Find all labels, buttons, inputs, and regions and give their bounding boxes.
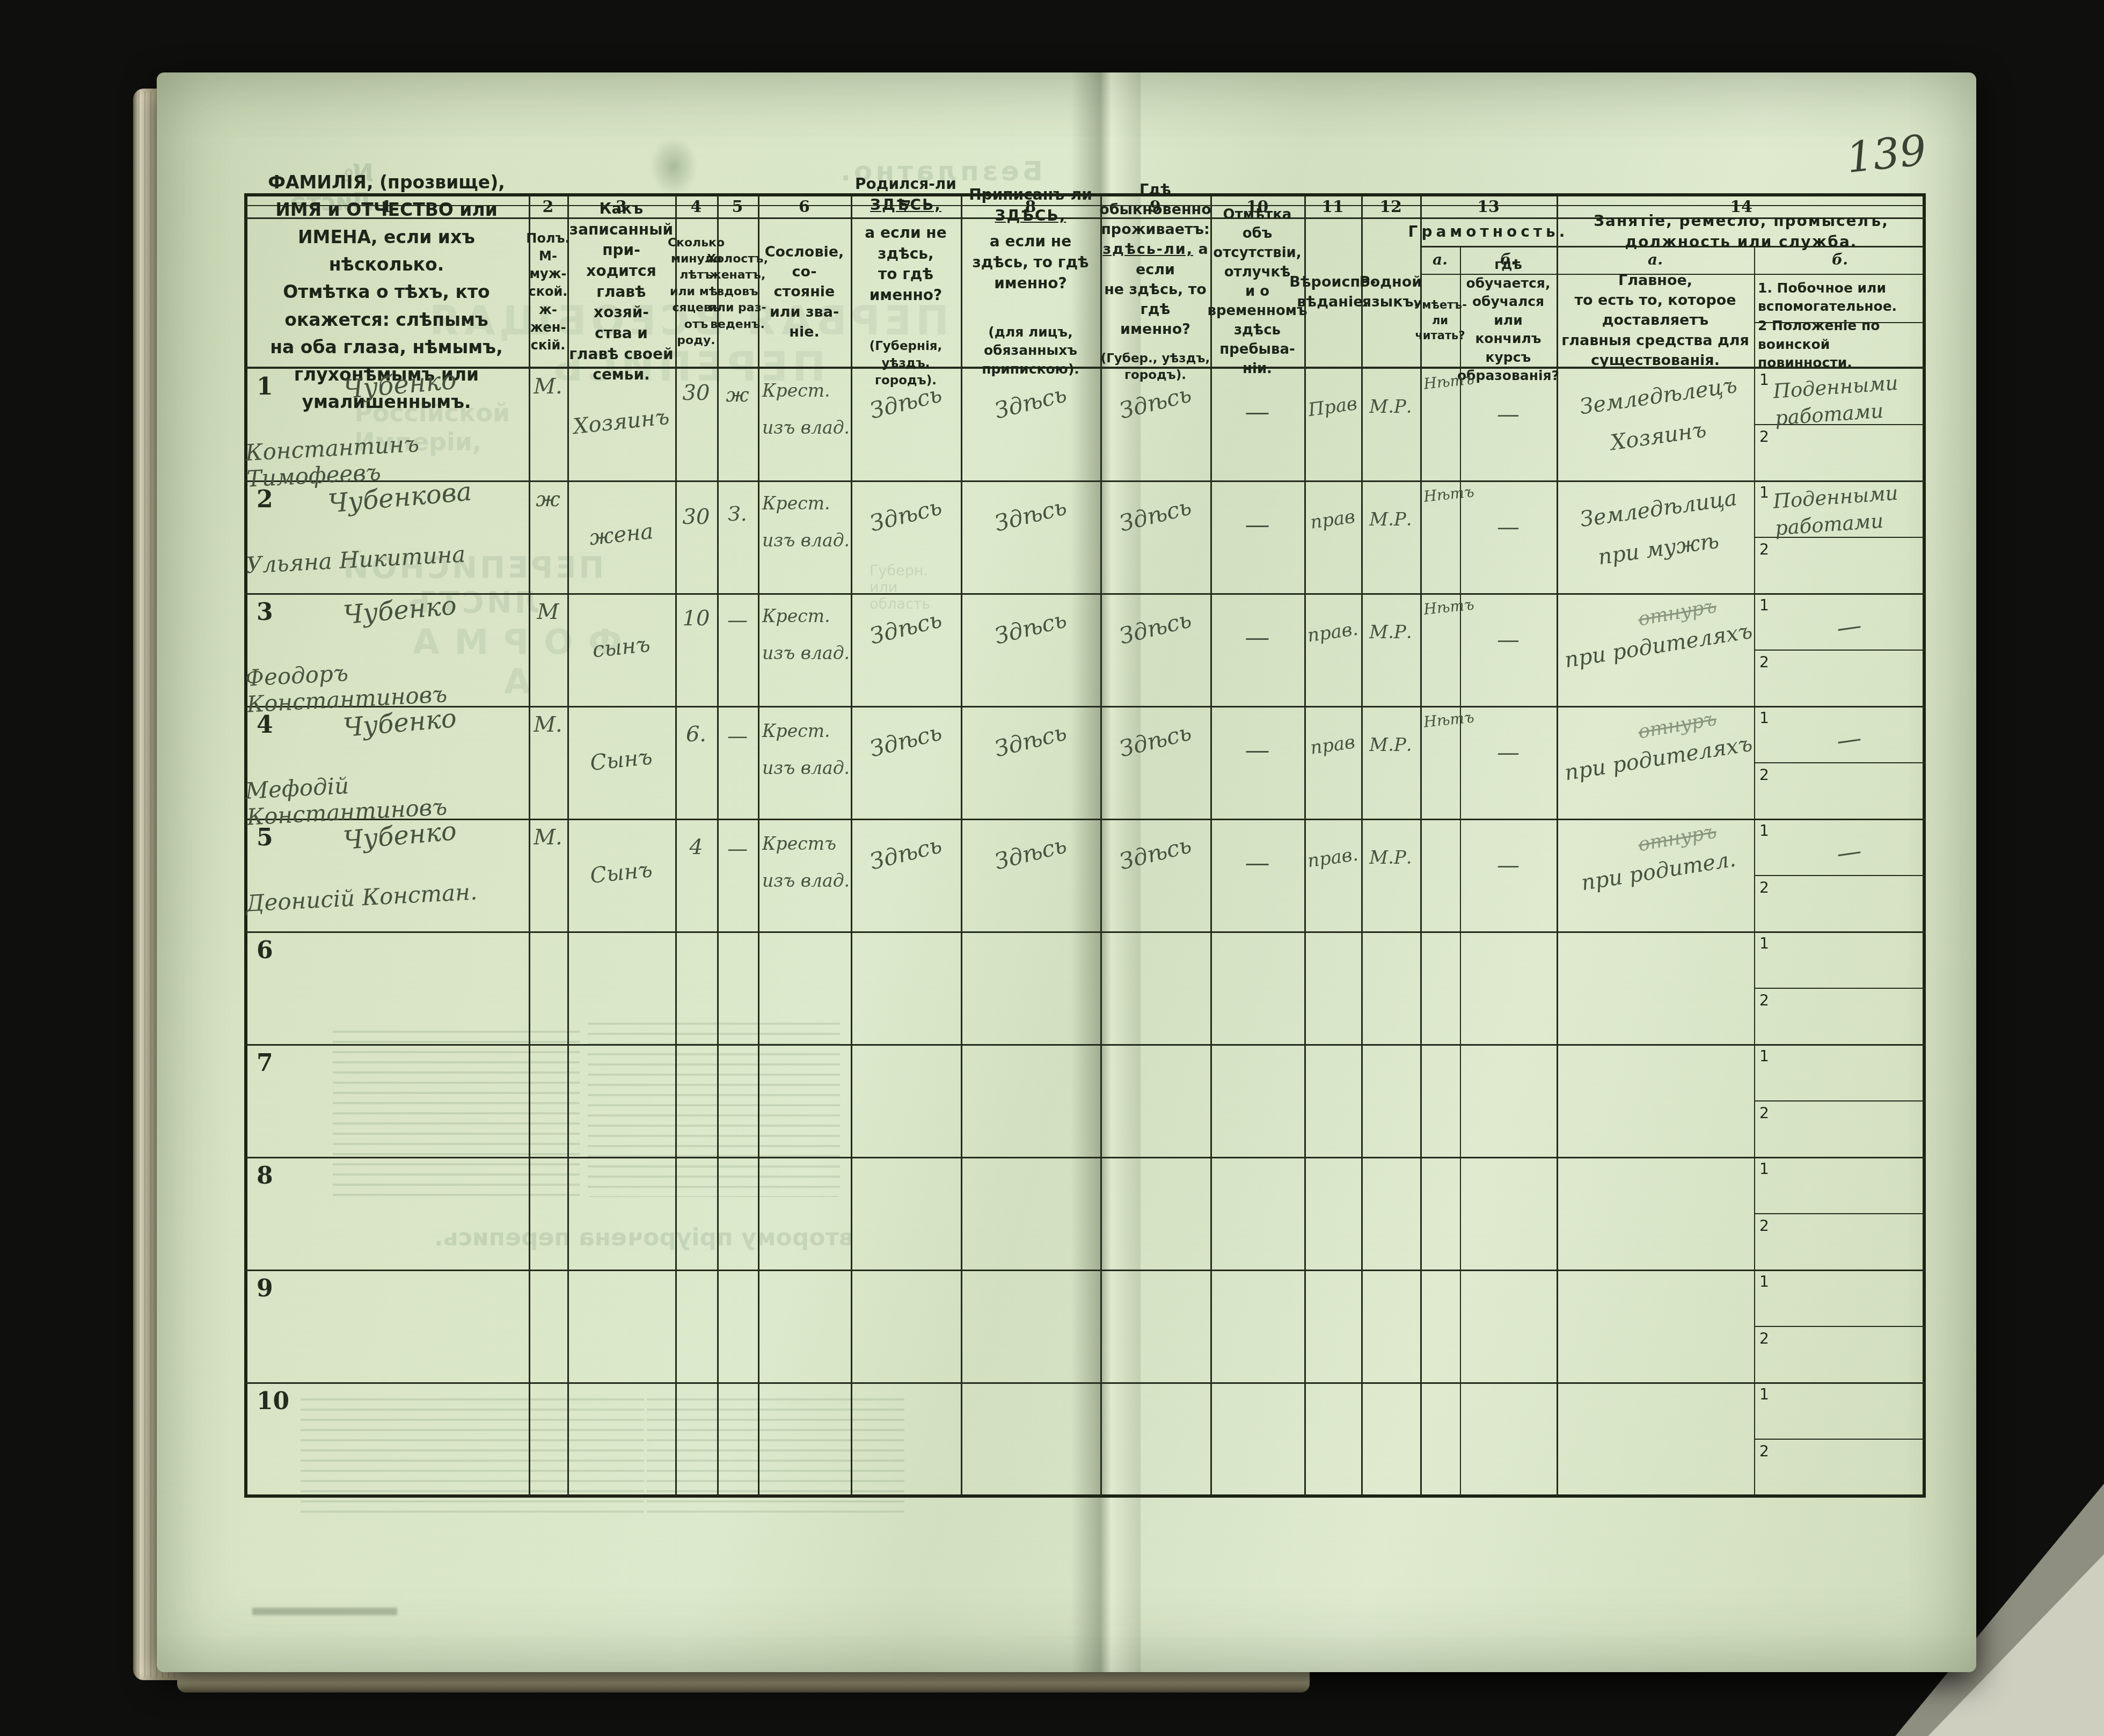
row-2-absence: — — [1210, 510, 1304, 539]
col-8-here: ЗДѢСЬ, — [995, 207, 1066, 224]
occupation-group-title: Занятіе, ремесло, промыселъ, должность и… — [1558, 219, 1924, 245]
crest-bleedthrough — [649, 137, 698, 196]
row-4-language: М.Р. — [1361, 734, 1420, 756]
col-number-5: 5 — [717, 198, 758, 216]
grid-line — [244, 931, 1926, 933]
row-5-absence: — — [1210, 848, 1304, 877]
col-8-header-text: Приписанъ-ли ЗДѢСЬ, а если не здѣсь, то … — [962, 185, 1099, 399]
printer-imprint-smudge — [252, 1608, 397, 1615]
sub-row-2-marker: 2 — [1759, 653, 1769, 671]
grid-line — [1754, 1439, 1926, 1440]
sub-row-1-marker: 1 — [1759, 822, 1769, 840]
row-1-estate: Крест. изъ влад. — [762, 372, 851, 447]
row-number: 10 — [257, 1388, 289, 1415]
row-3-sex: М — [529, 600, 567, 624]
col-13a-header: Умѣетъ- ли читать? — [1420, 275, 1460, 366]
row-4-marital: — — [717, 724, 758, 748]
row-number: 6 — [257, 937, 273, 964]
grid-line — [1754, 1213, 1926, 1214]
row-4-age: 6. — [675, 722, 717, 747]
row-3-language: М.Р. — [1361, 622, 1420, 643]
col-9-q: Гдѣ обыкновенно проживаетъ: — [1099, 181, 1211, 238]
row-1-marital: ж — [717, 383, 758, 406]
sub-row-2-marker: 2 — [1759, 1330, 1769, 1347]
grid-line — [1420, 196, 1422, 1496]
col-number-6: 6 — [758, 198, 851, 216]
row-number: 3 — [257, 599, 273, 626]
sub-row-2-marker: 2 — [1759, 541, 1769, 558]
grid-line — [1754, 246, 1755, 1496]
row-3-age: 10 — [675, 606, 717, 631]
row-number: 4 — [257, 711, 273, 739]
col-5-header: Холостъ, женатъ, вдовъ или раз- веденъ. — [718, 219, 757, 365]
col-number-13: 13 — [1420, 198, 1557, 216]
col-6-header: Сословіе, со- стояніе или зва- ніе. — [759, 219, 849, 365]
row-3-absence: — — [1210, 623, 1304, 652]
grid-line — [1754, 1326, 1926, 1327]
row-number: 1 — [257, 373, 273, 400]
row-number: 7 — [257, 1049, 273, 1077]
row-number: 5 — [257, 824, 273, 851]
row-2-age: 30 — [675, 505, 717, 529]
grid-line — [1304, 196, 1306, 1496]
sub-row-1-marker: 1 — [1759, 371, 1769, 389]
sub-row-2-marker: 2 — [1759, 991, 1769, 1009]
literacy-group-title: Грамотность. — [1422, 219, 1555, 245]
sub-row-2-marker: 2 — [1759, 1442, 1769, 1460]
col-8-note: (для лицъ, обязанныхъ припискою). — [962, 323, 1099, 379]
grid-line — [1754, 762, 1926, 763]
row-1-absence: — — [1210, 397, 1304, 426]
sub-row-2-marker: 2 — [1759, 428, 1769, 446]
grid-line — [244, 1270, 1926, 1271]
row-5-age: 4 — [675, 835, 717, 859]
row-1-sex: М. — [529, 374, 567, 399]
col-number-12: 12 — [1361, 198, 1420, 216]
grid-line — [244, 1044, 1926, 1046]
col-14b2-header: 2 Положеніе по воинской повинности. — [1758, 323, 1922, 366]
col-14b-label: б. — [1756, 247, 1924, 273]
row-4-sex: М. — [529, 712, 567, 737]
col-1-header: ФАМИЛІЯ, (прозвище), ИМЯ и ОТЧЕСТВО или … — [248, 219, 525, 365]
row-3-education: — — [1460, 626, 1557, 653]
sub-row-2-marker: 2 — [1759, 1217, 1769, 1235]
row-4-estate: Крест. изъ влад. — [762, 712, 851, 787]
sub-row-2-marker: 2 — [1759, 766, 1769, 784]
row-5-language: М.Р. — [1361, 847, 1420, 869]
row-1-occupation-side: Поденными работами — [1772, 368, 1926, 432]
col-7-header: Родился-ли ЗДѢСЬ, а если не здѣсь, то гд… — [852, 219, 959, 365]
row-5-marital: — — [717, 837, 758, 860]
sub-row-1-marker: 1 — [1759, 1385, 1769, 1403]
col-7-header-text: Родился-ли ЗДѢСЬ, а если не здѣсь, то гд… — [852, 174, 959, 410]
col-11-header: Вѣроиспо- вѣданіе. — [1306, 219, 1360, 365]
sub-row-1-marker: 1 — [1759, 1273, 1769, 1290]
row-5-sex: М. — [529, 825, 567, 850]
grid-line — [1754, 875, 1926, 876]
row-2-estate: Крест. изъ влад. — [762, 485, 851, 559]
row-5-education: — — [1460, 852, 1557, 878]
grid-line — [1754, 650, 1926, 651]
sub-row-2-marker: 2 — [1759, 1104, 1769, 1122]
row-1-age: 30 — [675, 381, 717, 405]
row-2-language: М.Р. — [1361, 509, 1420, 530]
row-2-sex: ж — [529, 487, 567, 512]
col-7-here: ЗДѢСЬ, — [870, 196, 941, 214]
col-3-header: Какъ записанный при- ходится главѣ хозяй… — [569, 219, 674, 365]
col-13b-header: гдѣ обучается, обучался или кончилъ курс… — [1462, 275, 1555, 366]
row-number: 2 — [257, 486, 273, 513]
row-5-estate: Крестъ изъ влад. — [762, 825, 851, 900]
sub-row-1-marker: 1 — [1759, 484, 1769, 501]
sub-row-2-marker: 2 — [1759, 879, 1769, 896]
sub-row-1-marker: 1 — [1759, 596, 1769, 614]
grid-line — [1754, 988, 1926, 989]
row-3-marital: — — [717, 608, 758, 632]
grid-line — [244, 1157, 1926, 1158]
grid-line — [1557, 196, 1558, 1496]
col-14a-header: Главное, то есть то, которое доставляетъ… — [1558, 275, 1752, 366]
sub-row-1-marker: 1 — [1759, 1047, 1769, 1065]
col-number-2: 2 — [529, 198, 567, 216]
sub-row-1-marker: 1 — [1759, 709, 1769, 727]
row-number: 9 — [257, 1275, 273, 1302]
col-13a-label: а. — [1422, 247, 1458, 273]
row-4-education: — — [1460, 739, 1557, 765]
col-number-11: 11 — [1304, 198, 1361, 216]
row-3-estate: Крест. изъ влад. — [762, 597, 851, 672]
row-1-education: — — [1460, 401, 1557, 427]
col-2-header: Полъ. М-муж- ской. ж-жен- скій. — [530, 219, 566, 365]
col-8-rest: а если не здѣсь, то гдѣ именно? — [962, 231, 1099, 294]
grid-line — [1754, 1100, 1926, 1102]
grid-line — [244, 1382, 1926, 1384]
col-9-header-text: Гдѣ обыкновенно проживаетъ: здѣсь-ли, а … — [1099, 180, 1211, 405]
row-2-marital: З. — [717, 502, 758, 526]
row-number: 8 — [257, 1162, 273, 1190]
col-7-rest: а если не здѣсь, то гдѣ именно? — [852, 223, 959, 306]
col-8-header: Приписанъ-ли ЗДѢСЬ, а если не здѣсь, то … — [962, 219, 1099, 365]
grid-line — [1361, 196, 1363, 1496]
row-2-education: — — [1460, 514, 1557, 540]
row-1-language: М.Р. — [1361, 396, 1420, 418]
col-number-4: 4 — [675, 198, 717, 216]
row-2-occupation-side: Поденными работами — [1772, 478, 1926, 542]
col-14b1-header: 1. Побочное или вспомогательное. — [1758, 275, 1922, 320]
col-7-q: Родился-ли — [855, 175, 956, 193]
col-9-header: Гдѣ обыкновенно проживаетъ: здѣсь-ли, а … — [1102, 219, 1209, 365]
sub-row-1-marker: 1 — [1759, 1160, 1769, 1178]
sub-row-1-marker: 1 — [1759, 935, 1769, 952]
grid-line — [758, 196, 759, 1496]
grid-line — [567, 196, 569, 1496]
col-14a-label: а. — [1558, 247, 1752, 273]
col-9-here: здѣсь-ли, — [1102, 241, 1193, 258]
col-8-q: Приписанъ-ли — [969, 186, 1092, 203]
row-4-absence: — — [1210, 735, 1304, 764]
